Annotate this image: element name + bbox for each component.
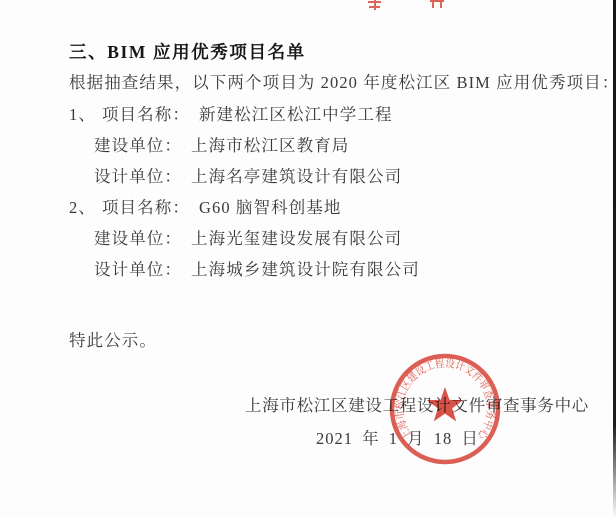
project-2-designer-label: 设计单位： [94, 260, 182, 279]
project-2-builder-line: 建设单位：上海光玺建设发展有限公司 [94, 231, 402, 248]
project-2-designer-line: 设计单位：上海城乡建筑设计院有限公司 [94, 262, 420, 279]
project-1-name-line: 1、项目名称：新建松江区松江中学工程 [69, 107, 393, 124]
project-2-number: 2、 [69, 198, 96, 217]
project-1-builder: 上海市松江区教育局 [191, 136, 349, 155]
official-seal: 上海市松江区建设工程设计文件审查事务中心 [386, 351, 504, 469]
project-1-designer-line: 设计单位：上海名亭建筑设计有限公司 [94, 169, 402, 186]
intro-text: 根据抽查结果，以下两个项目为 2020 年度松江区 BIM 应用优秀项目： [69, 75, 616, 92]
project-2-builder: 上海光玺建设发展有限公司 [191, 229, 402, 248]
top-seal-fragment-right [428, 0, 446, 10]
project-1-builder-label: 建设单位： [94, 136, 182, 155]
closing-text: 特此公示。 [69, 333, 157, 350]
section-heading: 三、BIM 应用优秀项目名单 [69, 44, 306, 62]
project-1-name: 新建松江区松江中学工程 [199, 105, 393, 124]
notice-document: 三、BIM 应用优秀项目名单 根据抽查结果，以下两个项目为 2020 年度松江区… [0, 0, 616, 518]
project-2-designer: 上海城乡建筑设计院有限公司 [191, 260, 420, 279]
project-1-name-label: 项目名称： [102, 105, 190, 124]
top-seal-fragment-left [366, 0, 384, 12]
project-2-builder-label: 建设单位： [94, 229, 182, 248]
project-2-name-line: 2、项目名称：G60 脑智科创基地 [69, 200, 342, 217]
project-1-number: 1、 [69, 105, 96, 124]
project-1-designer: 上海名亭建筑设计有限公司 [191, 167, 402, 186]
project-1-designer-label: 设计单位： [94, 167, 182, 186]
project-2-name-label: 项目名称： [102, 198, 190, 217]
project-2-name: G60 脑智科创基地 [199, 198, 342, 217]
red-star-icon [427, 387, 463, 421]
project-1-builder-line: 建设单位：上海市松江区教育局 [94, 138, 349, 155]
